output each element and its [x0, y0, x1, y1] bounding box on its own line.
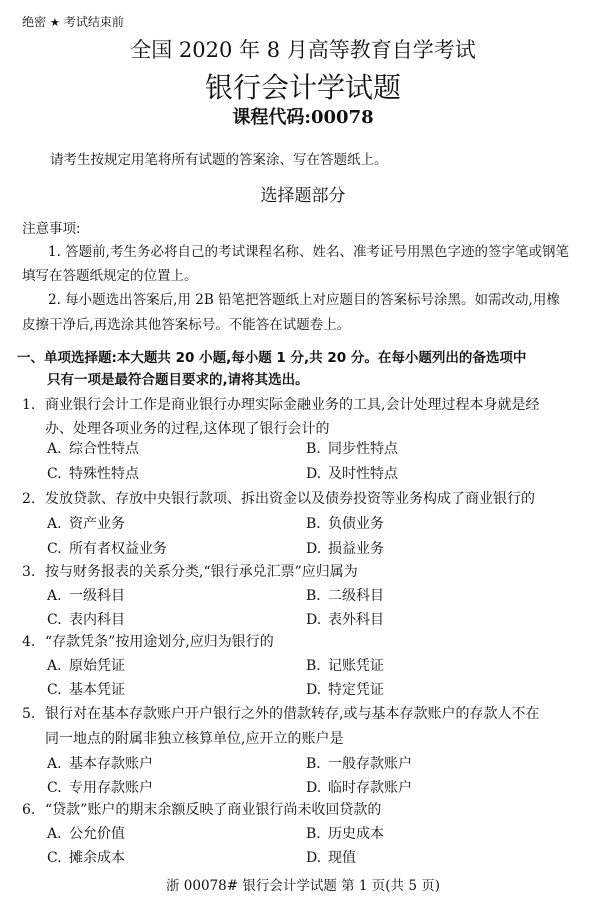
option-4c[interactable]: C.基本凭证 [47, 679, 125, 699]
secret-label: 绝密 [22, 15, 46, 29]
option-6c[interactable]: C.摊余成本 [47, 847, 125, 867]
secret-note: 考试结束前 [64, 15, 124, 29]
option-1a[interactable]: A.综合性特点 [47, 438, 139, 458]
course-code: 课程代码:00078 [0, 103, 606, 129]
option-1d[interactable]: D.及时性特点 [306, 463, 398, 483]
section-heading-line2: 只有一项是最符合题目要求的,请将其选出。 [47, 368, 309, 388]
exam-title: 全国 2020 年 8 月高等教育自学考试 [0, 34, 606, 64]
option-2a[interactable]: A.资产业务 [47, 513, 125, 533]
confidentiality-label: 绝密★考试结束前 [22, 13, 124, 30]
question-6: 6.“贷款”账户的期末余额反映了商业银行尚未收回贷款的 [22, 799, 381, 819]
option-6d[interactable]: D.现值 [306, 847, 356, 867]
option-4a[interactable]: A.原始凭证 [47, 655, 125, 675]
option-4d[interactable]: D.特定凭证 [306, 679, 384, 699]
question-5: 5.银行对在基本存款账户开户银行之外的借款转存,或与基本存款账户的存款人不在 [22, 703, 539, 723]
option-5c[interactable]: C.专用存款账户 [47, 777, 153, 797]
question-2: 2.发放贷款、存放中央银行款项、拆出资金以及债券投资等业务构成了商业银行的 [22, 488, 535, 508]
option-2d[interactable]: D.损益业务 [306, 538, 384, 558]
question-1: 1.商业银行会计工作是商业银行办理实际金融业务的工具,会计处理过程本身就是经 [22, 394, 539, 414]
note-2-line1: 2. 每小题选出答案后,用 2B 铅笔把答题纸上对应题目的答案标号涂黑。如需改动… [22, 288, 560, 308]
option-3c[interactable]: C.表内科目 [47, 609, 125, 629]
star-icon: ★ [50, 16, 60, 29]
option-5a[interactable]: A.基本存款账户 [47, 753, 153, 773]
page-footer: 浙 00078# 银行会计学试题 第 1 页(共 5 页) [0, 874, 606, 894]
notes-heading: 注意事项: [22, 217, 81, 237]
option-3a[interactable]: A.一级科目 [47, 585, 125, 605]
option-2c[interactable]: C.所有者权益业务 [47, 538, 167, 558]
option-2b[interactable]: B.负债业务 [306, 513, 384, 533]
question-3: 3.按与财务报表的关系分类,“银行承兑汇票”应归属为 [22, 561, 358, 581]
note-1-line2: 填写在答题纸规定的位置上。 [22, 264, 198, 284]
question-5-line2: 同一地点的附属非独立核算单位,应开立的账户是 [45, 728, 343, 748]
answer-instruction: 请考生按规定用笔将所有试题的答案涂、写在答题纸上。 [50, 148, 388, 168]
option-1c[interactable]: C.特殊性特点 [47, 463, 139, 483]
question-4: 4.“存款凭条”按用途划分,应归为银行的 [22, 631, 274, 651]
option-3d[interactable]: D.表外科目 [306, 609, 384, 629]
option-3b[interactable]: B.二级科目 [306, 585, 384, 605]
subject-title: 银行会计学试题 [0, 66, 606, 106]
note-2-line2: 皮擦干净后,再选涂其他答案标号。不能答在试题卷上。 [22, 313, 350, 333]
option-5b[interactable]: B.一般存款账户 [306, 753, 412, 773]
note-1-line1: 1. 答题前,考生务必将自己的考试课程名称、姓名、准考证号用黑色字迹的签字笔或钢… [22, 240, 569, 260]
option-6a[interactable]: A.公允价值 [47, 823, 125, 843]
option-4b[interactable]: B.记账凭证 [306, 655, 384, 675]
part-title: 选择题部分 [0, 181, 606, 206]
option-6b[interactable]: B.历史成本 [306, 823, 384, 843]
option-1b[interactable]: B.同步性特点 [306, 438, 398, 458]
option-5d[interactable]: D.临时存款账户 [306, 777, 412, 797]
section-heading-line1: 一、单项选择题:本大题共 20 小题,每小题 1 分,共 20 分。在每小题列出… [17, 346, 526, 366]
question-1-line2: 办、处理各项业务的过程,这体现了银行会计的 [45, 418, 329, 438]
